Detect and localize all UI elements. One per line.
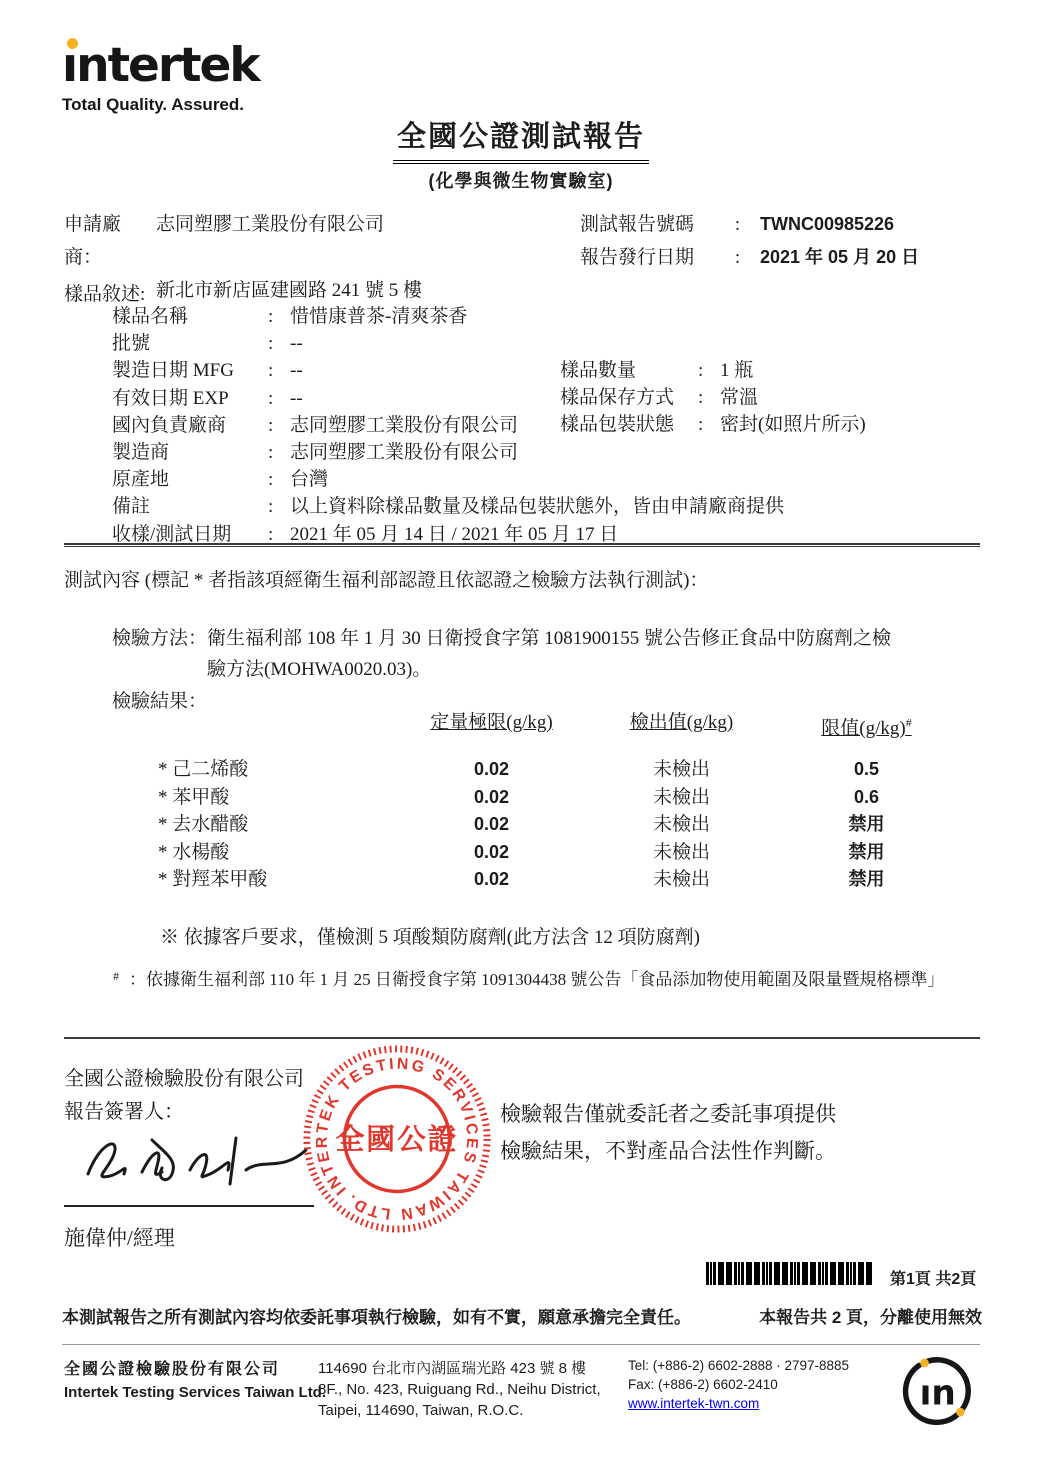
analyte-loq: 0.02	[394, 866, 589, 894]
sample-row: 批號 : --	[112, 330, 784, 357]
footer-contact: Tel: (+886-2) 6602-2888 · 2797-8885 Fax:…	[628, 1356, 849, 1413]
meta-colon: :	[715, 241, 760, 274]
disclaimer-line2: 檢驗結果，不對產品合法性作判斷。	[500, 1133, 836, 1170]
footer-divider	[62, 1344, 980, 1345]
sample-row-label: 批號	[112, 330, 268, 357]
sample-row: 樣品包裝狀態 : 密封(如照片所示)	[560, 411, 866, 438]
results-table: 定量極限(g/kg) 檢出值(g/kg) 限值(g/kg)# * 己二烯酸 0.…	[64, 708, 980, 894]
results-table-row: * 己二烯酸 0.02 未檢出 0.5	[64, 756, 980, 784]
client-request-note: ※ 依據客戶要求，僅檢測 5 項酸類防腐劑(此方法含 12 項防腐劑)	[160, 922, 700, 949]
page-title: 全國公證測試報告	[393, 114, 649, 164]
results-table-row: * 苯甲酸 0.02 未檢出 0.6	[64, 784, 980, 812]
sample-row: 備註 : 以上資料除樣品數量及樣品包裝狀態外，皆由申請廠商提供	[112, 493, 784, 520]
barcode	[706, 1262, 874, 1285]
footer-company: 全國公證檢驗股份有限公司 Intertek Testing Services T…	[64, 1358, 326, 1404]
sample-row-label: 樣品保存方式	[560, 384, 698, 411]
analyte-limit: 0.6	[774, 784, 959, 812]
footnote-marker: #	[113, 966, 129, 993]
logo-tagline: Total Quality. Assured.	[62, 95, 259, 115]
divider-single	[64, 1037, 980, 1039]
sample-right-rows: 樣品數量 : 1 瓶 樣品保存方式 : 常溫 樣品包裝狀態 : 密封(如照片所示…	[560, 357, 866, 439]
applicant-label: 申請廠商：	[64, 208, 156, 274]
signer-name-title: 施偉仲/經理	[64, 1222, 175, 1252]
sample-row-value: 密封(如照片所示)	[720, 411, 866, 438]
footer-address-en1: 8F., No. 423, Ruiguang Rd., Neihu Distri…	[318, 1379, 601, 1400]
subtitle-block: (化學與微生物實驗室)	[0, 167, 1042, 193]
statement-row: 本測試報告之所有測試內容均依委託事項執行檢驗，如有不實，願意承擔完全責任。 本報…	[62, 1303, 982, 1328]
method-text: 衛生福利部 108 年 1 月 30 日衛授食字第 1081900155 號公告…	[207, 623, 909, 685]
sample-row: 樣品名稱 : 惜惜康普茶-清爽茶香	[112, 303, 784, 330]
meta-value: 2021 年 05 月 20 日	[760, 241, 919, 274]
analyte-limit: 禁用	[774, 866, 959, 894]
analyte-result: 未檢出	[589, 811, 774, 839]
sample-row-label: 原產地	[112, 466, 268, 493]
sample-row-colon: :	[698, 411, 720, 438]
sample-row-label: 有效日期 EXP	[112, 385, 268, 412]
analyte-loq: 0.02	[394, 839, 589, 867]
title-block: 全國公證測試報告	[0, 114, 1042, 164]
analyte-name: * 水楊酸	[64, 839, 394, 867]
sample-row-label: 樣品數量	[560, 357, 698, 384]
footer-address-zh: 114690 台北市內湖區瑞光路 423 號 8 樓	[318, 1358, 601, 1379]
page-subtitle: (化學與微生物實驗室)	[0, 167, 1042, 193]
col-loq: 定量極限(g/kg)	[394, 708, 589, 744]
footer-company-zh: 全國公證檢驗股份有限公司	[64, 1358, 326, 1382]
analyte-limit: 禁用	[774, 811, 959, 839]
sample-row-label: 備註	[112, 493, 268, 520]
test-intro: 測試內容 (標記 * 者指該項經衛生福利部認證且依認證之檢驗方法執行測試)：	[64, 567, 708, 594]
sample-row-colon: :	[268, 412, 290, 439]
page-number: 第1頁 共2頁	[890, 1266, 976, 1289]
sample-row-value: --	[290, 330, 303, 357]
meta-colon: :	[715, 208, 760, 241]
meta-value: TWNC00985226	[760, 208, 894, 241]
stamp-center-text: 全國公證	[336, 1123, 459, 1156]
sample-row-colon: :	[268, 466, 290, 493]
analyte-limit: 0.5	[774, 756, 959, 784]
analyte-limit: 禁用	[774, 839, 959, 867]
analyte-name: * 苯甲酸	[64, 784, 394, 812]
analyte-loq: 0.02	[394, 811, 589, 839]
sample-row-label: 樣品名稱	[112, 303, 268, 330]
sample-row-colon: :	[268, 493, 290, 520]
sample-row-colon: :	[268, 439, 290, 466]
analyte-result: 未檢出	[589, 784, 774, 812]
sample-row-value: 常溫	[720, 384, 758, 411]
sample-row-value: --	[290, 357, 303, 384]
results-table-row: * 對羥苯甲酸 0.02 未檢出 禁用	[64, 866, 980, 894]
sample-row-value: --	[290, 385, 303, 412]
responsibility-statement: 本測試報告之所有測試內容均依委託事項執行檢驗，如有不實，願意承擔完全責任。	[62, 1303, 691, 1328]
intertek-roundel-icon: ın	[898, 1352, 976, 1430]
analyte-name: * 去水醋酸	[64, 811, 394, 839]
signature-line	[64, 1205, 314, 1207]
footer-address-en2: Taipei, 114690, Taiwan, R.O.C.	[318, 1400, 601, 1421]
footer-fax: Fax: (+886-2) 6602-2410	[628, 1375, 849, 1394]
signature-block: 全國公證檢驗股份有限公司 報告簽署人：	[64, 1063, 304, 1129]
sample-row-colon: :	[698, 357, 720, 384]
sample-row-value: 台灣	[290, 466, 328, 493]
analyte-result: 未檢出	[589, 839, 774, 867]
sample-row-value: 惜惜康普茶-清爽茶香	[290, 303, 467, 330]
report-page: ıntertek Total Quality. Assured. 全國公證測試報…	[0, 0, 1042, 1470]
disclaimer-line1: 檢驗報告僅就委託者之委託事項提供	[500, 1096, 836, 1133]
analyte-result: 未檢出	[589, 866, 774, 894]
sample-row: 原產地 : 台灣	[112, 466, 784, 493]
results-table-header: 定量極限(g/kg) 檢出值(g/kg) 限值(g/kg)#	[64, 708, 980, 738]
intertek-logo: ıntertek Total Quality. Assured.	[62, 42, 259, 115]
sample-row-label: 樣品包裝狀態	[560, 411, 698, 438]
limit-footnote: # ：依據衛生福利部 110 年 1 月 25 日衛授食字第 109130443…	[113, 966, 975, 993]
sample-row-value: 志同塑膠工業股份有限公司	[290, 412, 518, 439]
analyte-name: * 對羥苯甲酸	[64, 866, 394, 894]
meta-label: 報告發行日期	[580, 241, 715, 274]
footnote-text: ：依據衛生福利部 110 年 1 月 25 日衛授食字第 1091304438 …	[129, 966, 975, 993]
sample-row: 製造商 : 志同塑膠工業股份有限公司	[112, 439, 784, 466]
test-method: 檢驗方法： 衛生福利部 108 年 1 月 30 日衛授食字第 10819001…	[112, 623, 909, 685]
sample-row-colon: :	[268, 357, 290, 384]
footer-tel: Tel: (+886-2) 6602-2888 · 2797-8885	[628, 1356, 849, 1375]
disclaimer-block: 檢驗報告僅就委託者之委託事項提供 檢驗結果，不對產品合法性作判斷。	[500, 1096, 836, 1170]
sample-row-label: 製造日期 MFG	[112, 357, 268, 384]
sample-row-colon: :	[268, 330, 290, 357]
analyte-name: * 己二烯酸	[64, 756, 394, 784]
logo-yellow-dot-icon	[67, 38, 78, 49]
sample-row-colon: :	[268, 303, 290, 330]
footer-website-link[interactable]: www.intertek-twn.com	[628, 1396, 759, 1411]
report-meta-row: 報告發行日期 : 2021 年 05 月 20 日	[580, 241, 919, 274]
sample-row-value: 志同塑膠工業股份有限公司	[290, 439, 518, 466]
logo-text: ıntertek	[62, 38, 259, 93]
sample-row-label: 製造商	[112, 439, 268, 466]
handwritten-signature	[78, 1122, 313, 1204]
sample-row-colon: :	[268, 385, 290, 412]
results-table-row: * 水楊酸 0.02 未檢出 禁用	[64, 839, 980, 867]
col-result: 檢出值(g/kg)	[589, 708, 774, 744]
meta-label: 測試報告號碼	[580, 208, 715, 241]
sample-row-value: 1 瓶	[720, 357, 753, 384]
report-meta: 測試報告號碼 : TWNC00985226 報告發行日期 : 2021 年 05…	[580, 208, 919, 274]
footer-address: 114690 台北市內湖區瑞光路 423 號 8 樓 8F., No. 423,…	[318, 1358, 601, 1421]
analyte-loq: 0.02	[394, 784, 589, 812]
method-label: 檢驗方法：	[112, 623, 207, 685]
col-limit: 限值(g/kg)#	[774, 708, 959, 744]
pages-note: 本報告共 2 頁，分離使用無效	[759, 1303, 982, 1328]
report-meta-row: 測試報告號碼 : TWNC00985226	[580, 208, 919, 241]
sample-row-label: 國內負責廠商	[112, 412, 268, 439]
sample-row: 樣品數量 : 1 瓶	[560, 357, 866, 384]
sample-row-value: 以上資料除樣品數量及樣品包裝狀態外，皆由申請廠商提供	[290, 493, 784, 520]
analyte-result: 未檢出	[589, 756, 774, 784]
sample-row-colon: :	[698, 384, 720, 411]
footer-company-en: Intertek Testing Services Taiwan Ltd.	[64, 1382, 326, 1404]
analyte-loq: 0.02	[394, 756, 589, 784]
applicant-name: 志同塑膠工業股份有限公司	[156, 208, 384, 274]
intertek-wordmark: ıntertek	[62, 42, 259, 89]
results-table-row: * 去水醋酸 0.02 未檢出 禁用	[64, 811, 980, 839]
signing-company: 全國公證檢驗股份有限公司	[64, 1063, 304, 1096]
sample-row: 樣品保存方式 : 常溫	[560, 384, 866, 411]
company-stamp-icon: INTERTEK TESTING SERVICES TAIWAN LTD. 全國…	[298, 1040, 496, 1238]
svg-text:ın: ın	[920, 1373, 956, 1413]
divider-double	[64, 543, 980, 547]
